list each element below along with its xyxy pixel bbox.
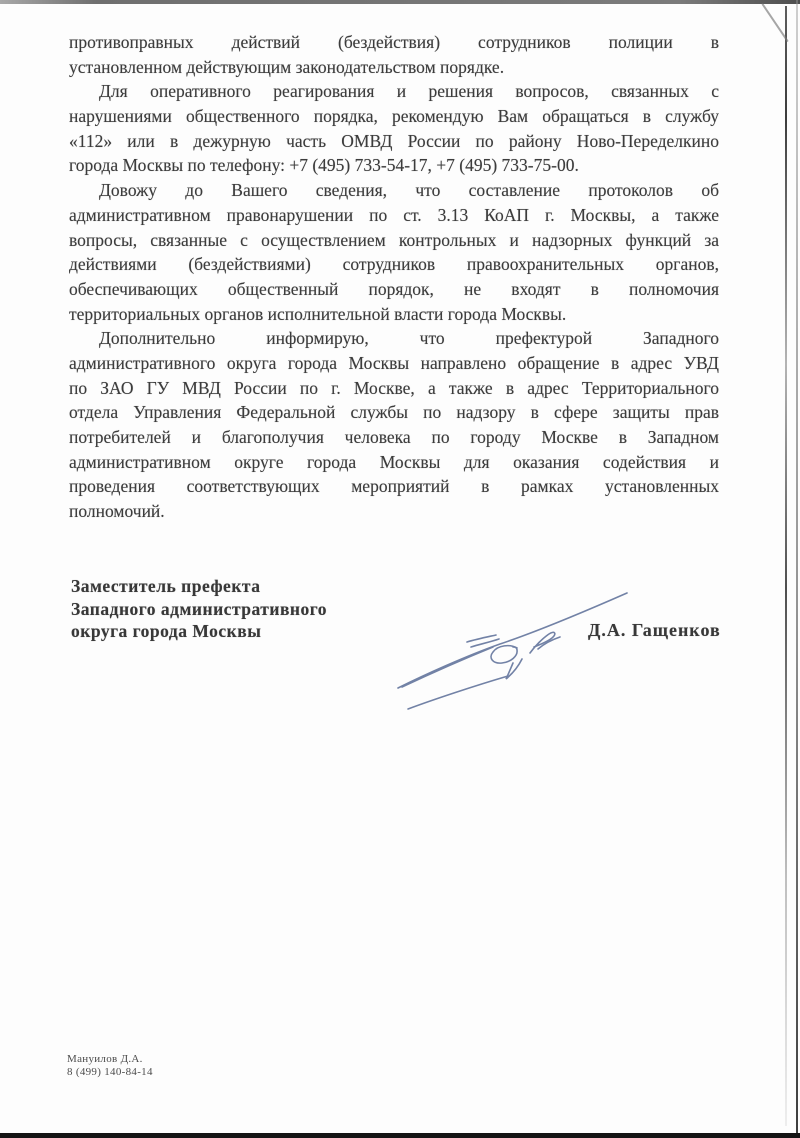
scan-right-edge-line: [785, 6, 787, 1126]
executor-info: Мануилов Д.А. 8 (499) 140-84-14: [67, 1053, 153, 1079]
body-text-line: полномочий.: [69, 499, 719, 524]
signer-title-line: Заместитель префекта: [71, 575, 327, 598]
signer-title-line: Западного административного: [71, 598, 327, 621]
signature-stroke: [491, 646, 517, 663]
letter-body: противоправных действий (бездействия) со…: [69, 30, 719, 524]
signature-stroke: [408, 676, 508, 709]
body-text-line: административном округе города Москвы дл…: [69, 450, 719, 475]
scan-bottom-edge: [0, 1133, 800, 1138]
body-text-line: нарушениями общественного порядка, реком…: [69, 104, 719, 129]
body-text-line: вопросы, связанные с осуществлением конт…: [69, 228, 719, 253]
signature-autograph: [388, 578, 638, 718]
scanned-letter-page: противоправных действий (бездействия) со…: [0, 0, 800, 1138]
signature-stroke: [538, 637, 560, 649]
signer-title-line: округа города Москвы: [71, 620, 327, 643]
body-text-line: города Москвы по телефону: +7 (495) 733-…: [69, 153, 719, 178]
signature-stroke: [402, 647, 493, 687]
signer-name: Д.А. Гащенков: [588, 620, 721, 641]
body-text-line: административного округа города Москвы н…: [69, 351, 719, 376]
body-text-line: административном правонарушении по ст. 3…: [69, 203, 719, 228]
body-text-line: действиями (бездействиями) сотрудников п…: [69, 252, 719, 277]
body-text-line: потребителей и благополучия человека по …: [69, 425, 719, 450]
body-text-line: Для оперативного реагирования и решения …: [69, 79, 719, 104]
body-text-line: отдела Управления Федеральной службы по …: [69, 400, 719, 425]
body-text-line: установленном действующим законодательст…: [69, 55, 719, 80]
scan-top-edge: [0, 0, 800, 4]
signer-title-block: Заместитель префекта Западного администр…: [71, 575, 327, 643]
executor-phone: 8 (499) 140-84-14: [67, 1066, 153, 1079]
body-text-line: противоправных действий (бездействия) со…: [69, 30, 719, 55]
body-text-line: Дополнительно информирую, что префектуро…: [69, 326, 719, 351]
body-text-line: «112» или в дежурную часть ОМВД России п…: [69, 129, 719, 154]
signature-stroke: [530, 632, 555, 653]
scan-right-outer-line: [796, 0, 798, 1138]
body-text-line: проведения соответствующих мероприятий в…: [69, 474, 719, 499]
body-text-line: по ЗАО ГУ МВД России по г. Москве, а так…: [69, 376, 719, 401]
body-text-line: Довожу до Вашего сведения, что составлен…: [69, 178, 719, 203]
body-text-line: территориальных органов исполнительной в…: [69, 302, 719, 327]
executor-name: Мануилов Д.А.: [67, 1053, 153, 1066]
body-text-line: обеспечивающих общественный порядок, не …: [69, 277, 719, 302]
